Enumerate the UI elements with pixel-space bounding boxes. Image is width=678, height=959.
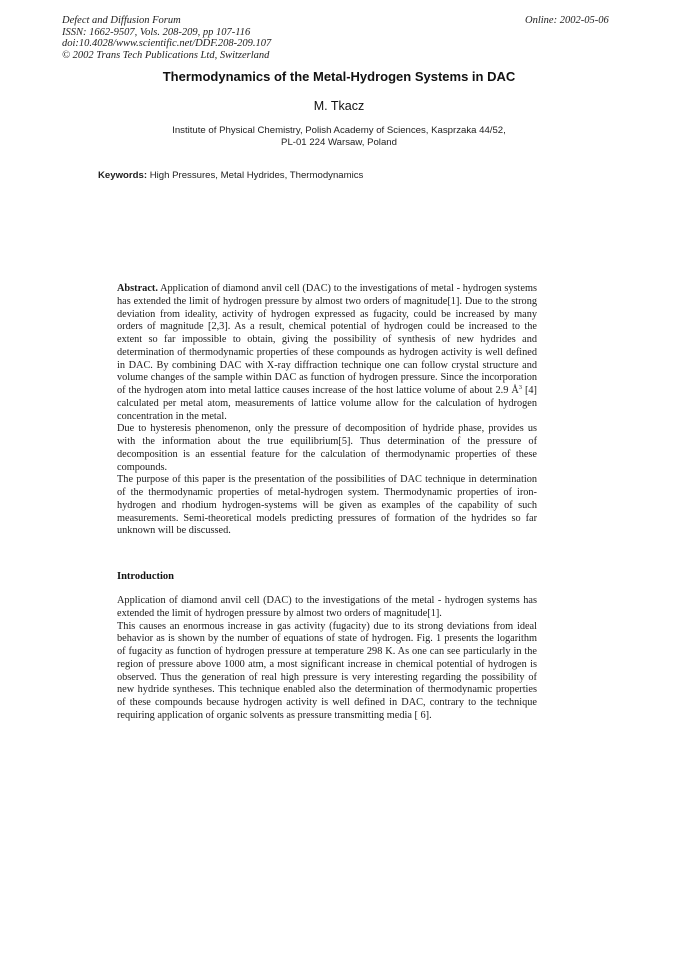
introduction-section: Application of diamond anvil cell (DAC) … — [117, 595, 537, 723]
introduction-paragraph-1: Application of diamond anvil cell (DAC) … — [117, 595, 537, 621]
keywords-text: High Pressures, Metal Hydrides, Thermody… — [147, 170, 363, 181]
introduction-heading: Introduction — [117, 571, 174, 582]
journal-doi[interactable]: doi:10.4028/www.scientific.net/DDF.208-2… — [62, 38, 402, 50]
journal-name: Defect and Diffusion Forum — [62, 15, 402, 27]
abstract-label: Abstract. — [117, 283, 158, 294]
abstract-section: Abstract. Application of diamond anvil c… — [117, 283, 537, 538]
introduction-paragraph-2: This causes an enormous increase in gas … — [117, 621, 537, 723]
abstract-text-part-1: Application of diamond anvil cell (DAC) … — [117, 283, 537, 396]
abstract-paragraph-3: The purpose of this paper is the present… — [117, 474, 537, 538]
affiliation-line-2: PL-01 224 Warsaw, Poland — [0, 137, 678, 149]
affiliation: Institute of Physical Chemistry, Polish … — [0, 125, 678, 148]
affiliation-line-1: Institute of Physical Chemistry, Polish … — [0, 125, 678, 137]
paper-title: Thermodynamics of the Metal-Hydrogen Sys… — [0, 69, 678, 84]
paper-author: M. Tkacz — [0, 99, 678, 113]
abstract-paragraph-2: Due to hysteresis phenomenon, only the p… — [117, 423, 537, 474]
journal-issn: ISSN: 1662-9507, Vols. 208-209, pp 107-1… — [62, 27, 402, 39]
keywords-label: Keywords: — [98, 170, 147, 181]
keywords: Keywords: High Pressures, Metal Hydrides… — [98, 170, 363, 181]
document-page: Defect and Diffusion Forum ISSN: 1662-95… — [0, 0, 678, 959]
journal-copyright: © 2002 Trans Tech Publications Ltd, Swit… — [62, 50, 402, 62]
abstract-paragraph-1: Abstract. Application of diamond anvil c… — [117, 283, 537, 423]
online-date: Online: 2002-05-06 — [525, 15, 609, 27]
journal-info: Defect and Diffusion Forum ISSN: 1662-95… — [62, 15, 402, 61]
